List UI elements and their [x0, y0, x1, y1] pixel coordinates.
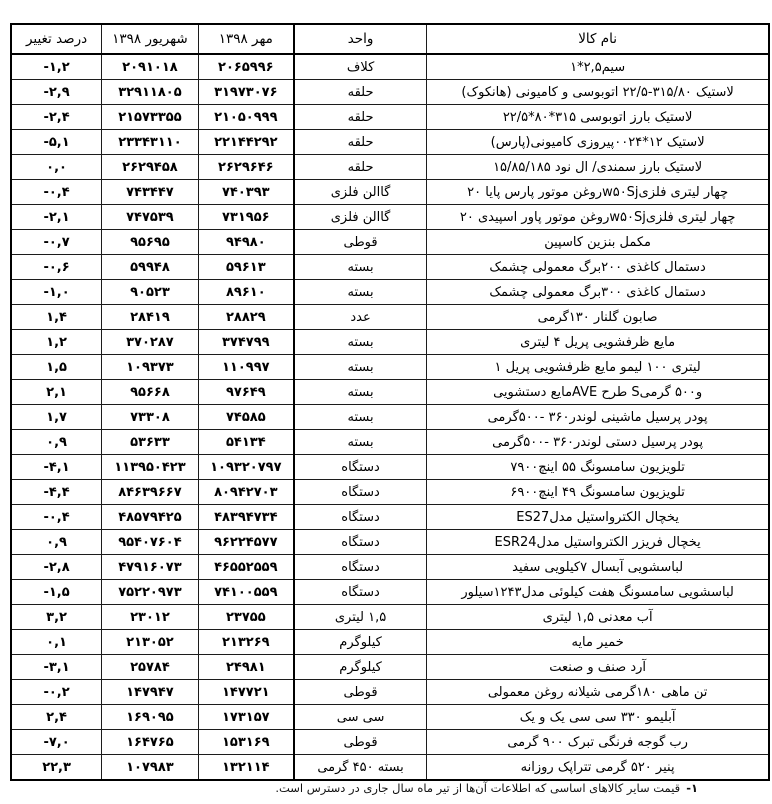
table-row: لباسشویی آبسال ۷کیلویی سفید دستگاه ۴۶۵۵۲… — [11, 555, 769, 580]
mehr-price-cell: ۲۳۷۵۵ — [198, 605, 294, 630]
unit-cell: کیلوگرم — [294, 630, 427, 655]
header-mehr-1398: مهر ۱۳۹۸ — [198, 24, 294, 54]
shahrivar-price-cell: ۲۳۰۱۲ — [102, 605, 199, 630]
unit-cell: سی سی — [294, 705, 427, 730]
percent-change-cell: -۱,۲ — [11, 54, 102, 80]
item-name-cell: پودر پرسیل دستی لوندر۳۶۰ -۵۰۰گرمی — [427, 430, 769, 455]
mehr-price-cell: ۱۱۰۹۹۷ — [198, 355, 294, 380]
mehr-price-cell: ۲۲۱۴۴۲۹۲ — [198, 130, 294, 155]
shahrivar-price-cell: ۴۷۹۱۶۰۷۳ — [102, 555, 199, 580]
unit-cell: گاالن فلزی — [294, 180, 427, 205]
shahrivar-price-cell: ۵۹۹۴۸ — [102, 255, 199, 280]
mehr-price-cell: ۲۶۲۹۶۴۶ — [198, 155, 294, 180]
mehr-price-cell: ۷۴۰۳۹۳ — [198, 180, 294, 205]
unit-cell: حلقه — [294, 130, 427, 155]
footnote-marker: ۱- — [686, 781, 698, 795]
table-row: رب گوجه فرنگی تبرک ۹۰۰ گرمی قوطی ۱۵۳۱۶۹ … — [11, 730, 769, 755]
percent-change-cell: ۰,۹ — [11, 530, 102, 555]
shahrivar-price-cell: ۳۲۹۱۱۸۰۵ — [102, 80, 199, 105]
shahrivar-price-cell: ۲۳۳۴۳۱۱۰ — [102, 130, 199, 155]
unit-cell: بسته — [294, 330, 427, 355]
shahrivar-price-cell: ۲۱۵۷۳۳۵۵ — [102, 105, 199, 130]
mehr-price-cell: ۱۳۲۱۱۴ — [198, 755, 294, 781]
item-name-cell: سیم۲,۵*۱ — [427, 54, 769, 80]
table-row: چهار لیتری فلزیw۵۰Sjروغن موتور پارس پایا… — [11, 180, 769, 205]
mehr-price-cell: ۲۱۰۵۰۹۹۹ — [198, 105, 294, 130]
item-name-cell: تلویزیون سامسونگ ۴۹ اینچ۶۹۰۰ — [427, 480, 769, 505]
shahrivar-price-cell: ۷۴۳۴۴۷ — [102, 180, 199, 205]
mehr-price-cell: ۷۴۱۰۰۵۵۹ — [198, 580, 294, 605]
item-name-cell: لباسشویی سامسونگ هفت کیلوئی مدل۱۲۴۳سیلور — [427, 580, 769, 605]
table-row: لاستیک ۳۱۵/۸۰-۲۲/۵ اتوبوسی و کامیونی (ها… — [11, 80, 769, 105]
shahrivar-price-cell: ۹۵۶۶۸ — [102, 380, 199, 405]
table-row: صابون گلنار ۱۳۰گرمی عدد ۲۸۸۲۹ ۲۸۴۱۹ ۱,۴ — [11, 305, 769, 330]
percent-change-cell: -۲,۱ — [11, 205, 102, 230]
table-row: آرد صنف و صنعت کیلوگرم ۲۴۹۸۱ ۲۵۷۸۴ -۳,۱ — [11, 655, 769, 680]
table-row: تن ماهی ۱۸۰گرمی شیلانه روغن معمولی قوطی … — [11, 680, 769, 705]
unit-cell: بسته — [294, 280, 427, 305]
table-row: پودر پرسیل دستی لوندر۳۶۰ -۵۰۰گرمی بسته ۵… — [11, 430, 769, 455]
unit-cell: قوطی — [294, 680, 427, 705]
shahrivar-price-cell: ۷۵۲۲۰۹۷۳ — [102, 580, 199, 605]
mehr-price-cell: ۱۰۹۳۲۰۷۹۷ — [198, 455, 294, 480]
percent-change-cell: ۱,۲ — [11, 330, 102, 355]
item-name-cell: تن ماهی ۱۸۰گرمی شیلانه روغن معمولی — [427, 680, 769, 705]
table-row: لاستیک ۱۲*۰۰۲۴پیروزی کامیونی(پارس) حلقه … — [11, 130, 769, 155]
mehr-price-cell: ۱۴۷۷۲۱ — [198, 680, 294, 705]
table-row: آب معدنی ۱,۵ لیتری ۱,۵ لیتری ۲۳۷۵۵ ۲۳۰۱۲… — [11, 605, 769, 630]
item-name-cell: دستمال کاغذی ۲۰۰برگ معمولی چشمک — [427, 255, 769, 280]
percent-change-cell: -۴,۴ — [11, 480, 102, 505]
table-row: لاستیک بارز سمندی/ ال نود ۱۵/۸۵/۱۸۵ حلقه… — [11, 155, 769, 180]
item-name-cell: لباسشویی آبسال ۷کیلویی سفید — [427, 555, 769, 580]
percent-change-cell: -۰,۴ — [11, 180, 102, 205]
percent-change-cell: -۵,۱ — [11, 130, 102, 155]
mehr-price-cell: ۸۹۶۱۰ — [198, 280, 294, 305]
mehr-price-cell: ۲۱۳۲۶۹ — [198, 630, 294, 655]
mehr-price-cell: ۹۷۶۴۹ — [198, 380, 294, 405]
table-body: سیم۲,۵*۱ کلاف ۲۰۶۵۹۹۶ ۲۰۹۱۰۱۸ -۱,۲ لاستی… — [11, 54, 769, 780]
mehr-price-cell: ۲۰۶۵۹۹۶ — [198, 54, 294, 80]
table-row: تلویزیون سامسونگ ۵۵ اینچ۷۹۰۰ دستگاه ۱۰۹۳… — [11, 455, 769, 480]
unit-cell: حلقه — [294, 155, 427, 180]
mehr-price-cell: ۳۱۹۷۳۰۷۶ — [198, 80, 294, 105]
unit-cell: دستگاه — [294, 480, 427, 505]
mehr-price-cell: ۴۸۳۹۴۷۳۴ — [198, 505, 294, 530]
unit-cell: گاالن فلزی — [294, 205, 427, 230]
percent-change-cell: ۲,۱ — [11, 380, 102, 405]
percent-change-cell: -۰,۲ — [11, 680, 102, 705]
unit-cell: حلقه — [294, 80, 427, 105]
item-name-cell: مایع ظرفشویی پریل ۴ لیتری — [427, 330, 769, 355]
table-row: دستمال کاغذی ۲۰۰برگ معمولی چشمک بسته ۵۹۶… — [11, 255, 769, 280]
unit-cell: کلاف — [294, 54, 427, 80]
table-row: لیتری ۱۰۰ لیمو مایع ظرفشویی پریل ۱ بسته … — [11, 355, 769, 380]
table-row: خمیر مایه کیلوگرم ۲۱۳۲۶۹ ۲۱۳۰۵۲ ۰,۱ — [11, 630, 769, 655]
item-name-cell: آب معدنی ۱,۵ لیتری — [427, 605, 769, 630]
item-name-cell: تلویزیون سامسونگ ۵۵ اینچ۷۹۰۰ — [427, 455, 769, 480]
unit-cell: دستگاه — [294, 555, 427, 580]
item-name-cell: آبلیمو ۳۳۰ سی سی یک و یک — [427, 705, 769, 730]
mehr-price-cell: ۵۴۱۳۴ — [198, 430, 294, 455]
mehr-price-cell: ۱۵۳۱۶۹ — [198, 730, 294, 755]
item-name-cell: چهار لیتری فلزیw۵۰Sjروغن موتور پارس پایا… — [427, 180, 769, 205]
percent-change-cell: -۴,۱ — [11, 455, 102, 480]
item-name-cell: دستمال کاغذی ۳۰۰برگ معمولی چشمک — [427, 280, 769, 305]
percent-change-cell: ۲۲,۳ — [11, 755, 102, 781]
mehr-price-cell: ۴۶۵۵۲۵۵۹ — [198, 555, 294, 580]
table-row: سیم۲,۵*۱ کلاف ۲۰۶۵۹۹۶ ۲۰۹۱۰۱۸ -۱,۲ — [11, 54, 769, 80]
item-name-cell: آرد صنف و صنعت — [427, 655, 769, 680]
percent-change-cell: -۲,۴ — [11, 105, 102, 130]
price-table: نام کالا واحد مهر ۱۳۹۸ شهریور ۱۳۹۸ درصد … — [10, 23, 770, 781]
shahrivar-price-cell: ۷۴۷۵۳۹ — [102, 205, 199, 230]
header-shahrivar-1398: شهریور ۱۳۹۸ — [102, 24, 199, 54]
item-name-cell: پودر پرسیل ماشینی لوندر۳۶۰ -۵۰۰گرمی — [427, 405, 769, 430]
shahrivar-price-cell: ۹۵۶۹۵ — [102, 230, 199, 255]
shahrivar-price-cell: ۴۸۵۷۹۴۲۵ — [102, 505, 199, 530]
percent-change-cell: -۷,۰ — [11, 730, 102, 755]
table-row: تلویزیون سامسونگ ۴۹ اینچ۶۹۰۰ دستگاه ۸۰۹۴… — [11, 480, 769, 505]
table-row: یخچال الکترواستیل مدلES27 دستگاه ۴۸۳۹۴۷۳… — [11, 505, 769, 530]
shahrivar-price-cell: ۷۳۳۰۸ — [102, 405, 199, 430]
percent-change-cell: ۱,۵ — [11, 355, 102, 380]
table-row: یخچال فریزر الکترواستیل مدلESR24 دستگاه … — [11, 530, 769, 555]
item-name-cell: مکمل بنزین کاسپین — [427, 230, 769, 255]
percent-change-cell: -۰,۴ — [11, 505, 102, 530]
mehr-price-cell: ۳۷۴۷۹۹ — [198, 330, 294, 355]
percent-change-cell: -۲,۸ — [11, 555, 102, 580]
shahrivar-price-cell: ۸۴۶۳۹۶۶۷ — [102, 480, 199, 505]
table-header: نام کالا واحد مهر ۱۳۹۸ شهریور ۱۳۹۸ درصد … — [11, 24, 769, 54]
shahrivar-price-cell: ۱۰۷۹۸۳ — [102, 755, 199, 781]
unit-cell: ۱,۵ لیتری — [294, 605, 427, 630]
table-row: لباسشویی سامسونگ هفت کیلوئی مدل۱۲۴۳سیلور… — [11, 580, 769, 605]
header-row: نام کالا واحد مهر ۱۳۹۸ شهریور ۱۳۹۸ درصد … — [11, 24, 769, 54]
table-row: لاستیک بارز اتوبوسی ۳۱۵*۸۰*۲۲/۵ حلقه ۲۱۰… — [11, 105, 769, 130]
unit-cell: بسته — [294, 405, 427, 430]
mehr-price-cell: ۹۶۲۲۴۵۷۷ — [198, 530, 294, 555]
unit-cell: دستگاه — [294, 505, 427, 530]
item-name-cell: و۵۰۰ گرمیS طرح AVEمایع دستشویی — [427, 380, 769, 405]
table-row: پنیر ۵۲۰ گرمی تتراپک روزانه بسته ۴۵۰ گرم… — [11, 755, 769, 781]
item-name-cell: لیتری ۱۰۰ لیمو مایع ظرفشویی پریل ۱ — [427, 355, 769, 380]
unit-cell: کیلوگرم — [294, 655, 427, 680]
percent-change-cell: ۰,۰ — [11, 155, 102, 180]
item-name-cell: یخچال الکترواستیل مدلES27 — [427, 505, 769, 530]
shahrivar-price-cell: ۲۱۳۰۵۲ — [102, 630, 199, 655]
percent-change-cell: ۱,۴ — [11, 305, 102, 330]
mehr-price-cell: ۱۷۳۱۵۷ — [198, 705, 294, 730]
table-row: مکمل بنزین کاسپین قوطی ۹۴۹۸۰ ۹۵۶۹۵ -۰,۷ — [11, 230, 769, 255]
item-name-cell: صابون گلنار ۱۳۰گرمی — [427, 305, 769, 330]
shahrivar-price-cell: ۱۶۴۷۶۵ — [102, 730, 199, 755]
item-name-cell: لاستیک ۳۱۵/۸۰-۲۲/۵ اتوبوسی و کامیونی (ها… — [427, 80, 769, 105]
percent-change-cell: -۳,۱ — [11, 655, 102, 680]
shahrivar-price-cell: ۲۶۲۹۴۵۸ — [102, 155, 199, 180]
mehr-price-cell: ۹۴۹۸۰ — [198, 230, 294, 255]
mehr-price-cell: ۷۳۱۹۵۶ — [198, 205, 294, 230]
item-name-cell: چهار لیتری فلزیw۵۰Sjروغن موتور پاور اسپی… — [427, 205, 769, 230]
unit-cell: قوطی — [294, 730, 427, 755]
shahrivar-price-cell: ۱۱۳۹۵۰۴۲۳ — [102, 455, 199, 480]
header-unit: واحد — [294, 24, 427, 54]
unit-cell: دستگاه — [294, 530, 427, 555]
percent-change-cell: ۱,۷ — [11, 405, 102, 430]
unit-cell: قوطی — [294, 230, 427, 255]
table-row: چهار لیتری فلزیw۵۰Sjروغن موتور پاور اسپی… — [11, 205, 769, 230]
percent-change-cell: -۰,۷ — [11, 230, 102, 255]
mehr-price-cell: ۵۹۶۱۳ — [198, 255, 294, 280]
header-percent-change: درصد تغییر — [11, 24, 102, 54]
item-name-cell: لاستیک ۱۲*۰۰۲۴پیروزی کامیونی(پارس) — [427, 130, 769, 155]
shahrivar-price-cell: ۱۰۹۳۷۳ — [102, 355, 199, 380]
shahrivar-price-cell: ۳۷۰۲۸۷ — [102, 330, 199, 355]
table-row: و۵۰۰ گرمیS طرح AVEمایع دستشویی بسته ۹۷۶۴… — [11, 380, 769, 405]
item-name-cell: پنیر ۵۲۰ گرمی تتراپک روزانه — [427, 755, 769, 781]
unit-cell: حلقه — [294, 105, 427, 130]
percent-change-cell: -۰,۶ — [11, 255, 102, 280]
unit-cell: بسته ۴۵۰ گرمی — [294, 755, 427, 781]
percent-change-cell: -۱,۵ — [11, 580, 102, 605]
item-name-cell: لاستیک بارز سمندی/ ال نود ۱۵/۸۵/۱۸۵ — [427, 155, 769, 180]
unit-cell: دستگاه — [294, 455, 427, 480]
percent-change-cell: ۰,۱ — [11, 630, 102, 655]
item-name-cell: رب گوجه فرنگی تبرک ۹۰۰ گرمی — [427, 730, 769, 755]
item-name-cell: یخچال فریزر الکترواستیل مدلESR24 — [427, 530, 769, 555]
mehr-price-cell: ۸۰۹۴۲۷۰۳ — [198, 480, 294, 505]
mehr-price-cell: ۲۴۹۸۱ — [198, 655, 294, 680]
unit-cell: بسته — [294, 355, 427, 380]
mehr-price-cell: ۷۴۵۸۵ — [198, 405, 294, 430]
percent-change-cell: -۱,۰ — [11, 280, 102, 305]
footnote: ۱-قیمت سایر کالاهای اساسی که اطلاعات آن‌… — [275, 781, 698, 795]
percent-change-cell: ۳,۲ — [11, 605, 102, 630]
unit-cell: دستگاه — [294, 580, 427, 605]
shahrivar-price-cell: ۲۸۴۱۹ — [102, 305, 199, 330]
table-row: آبلیمو ۳۳۰ سی سی یک و یک سی سی ۱۷۳۱۵۷ ۱۶… — [11, 705, 769, 730]
percent-change-cell: ۲,۴ — [11, 705, 102, 730]
shahrivar-price-cell: ۵۳۶۳۳ — [102, 430, 199, 455]
unit-cell: بسته — [294, 255, 427, 280]
shahrivar-price-cell: ۱۶۹۰۹۵ — [102, 705, 199, 730]
unit-cell: عدد — [294, 305, 427, 330]
percent-change-cell: -۲,۹ — [11, 80, 102, 105]
shahrivar-price-cell: ۹۰۵۲۳ — [102, 280, 199, 305]
shahrivar-price-cell: ۹۵۴۰۷۶۰۴ — [102, 530, 199, 555]
unit-cell: بسته — [294, 380, 427, 405]
shahrivar-price-cell: ۲۵۷۸۴ — [102, 655, 199, 680]
header-item-name: نام کالا — [427, 24, 769, 54]
shahrivar-price-cell: ۲۰۹۱۰۱۸ — [102, 54, 199, 80]
item-name-cell: لاستیک بارز اتوبوسی ۳۱۵*۸۰*۲۲/۵ — [427, 105, 769, 130]
footnote-text: قیمت سایر کالاهای اساسی که اطلاعات آن‌ها… — [275, 781, 680, 795]
shahrivar-price-cell: ۱۴۷۹۴۷ — [102, 680, 199, 705]
item-name-cell: خمیر مایه — [427, 630, 769, 655]
mehr-price-cell: ۲۸۸۲۹ — [198, 305, 294, 330]
table-row: پودر پرسیل ماشینی لوندر۳۶۰ -۵۰۰گرمی بسته… — [11, 405, 769, 430]
table-row: مایع ظرفشویی پریل ۴ لیتری بسته ۳۷۴۷۹۹ ۳۷… — [11, 330, 769, 355]
unit-cell: بسته — [294, 430, 427, 455]
table-row: دستمال کاغذی ۳۰۰برگ معمولی چشمک بسته ۸۹۶… — [11, 280, 769, 305]
percent-change-cell: ۰,۹ — [11, 430, 102, 455]
